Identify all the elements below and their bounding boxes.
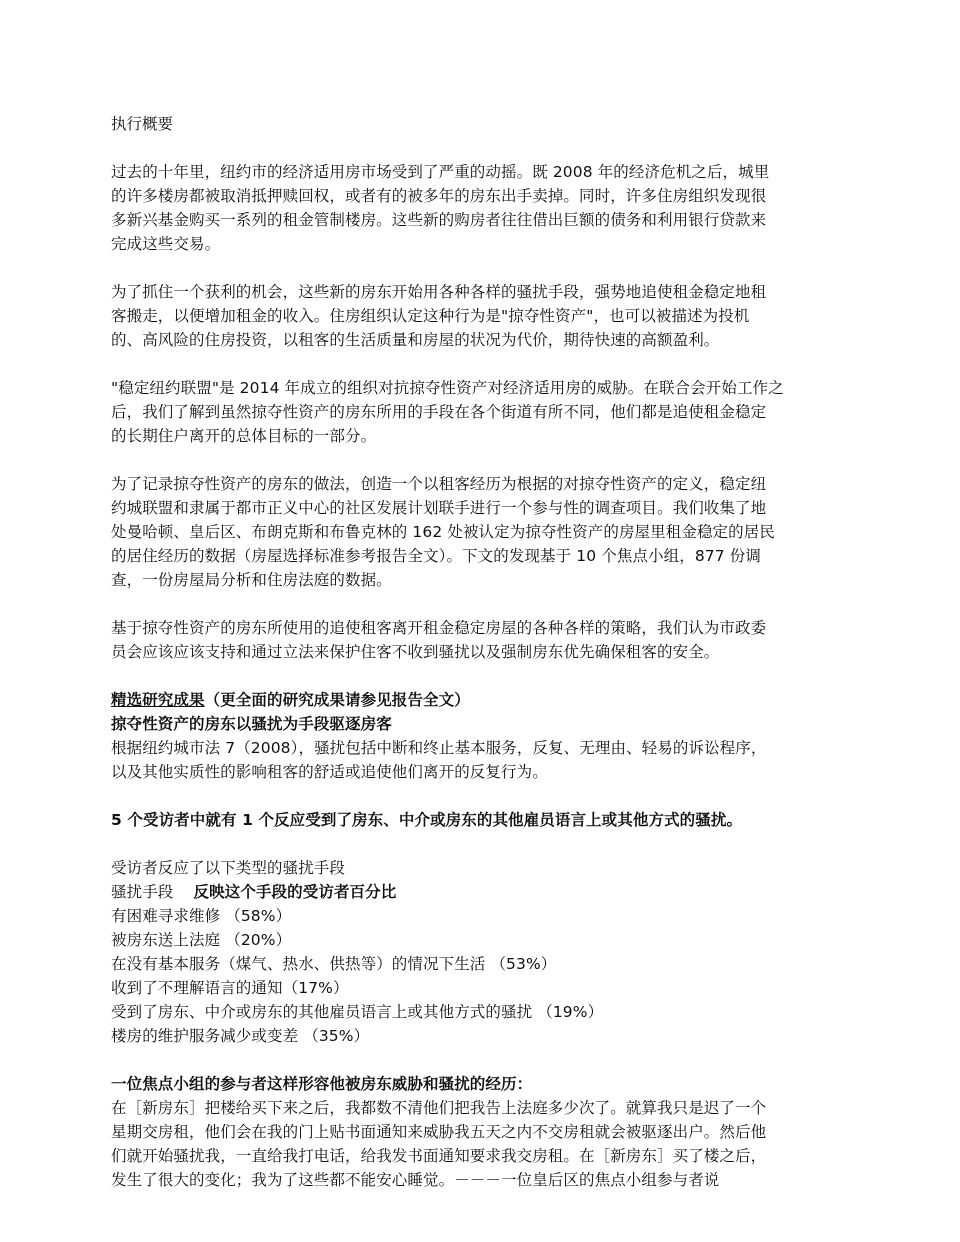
text-line: 客搬走，以便增加租金的收入。住房组织认定这种行为是"掠夺性资产"，也可以被描述为… bbox=[111, 304, 851, 328]
tactic-percent: （53%） bbox=[490, 955, 556, 973]
paragraph-coalition: "稳定纽约联盟"是 2014 年成立的组织对抗掠夺性资产对经济适用房的威胁。在联… bbox=[111, 376, 851, 448]
spacer bbox=[111, 664, 851, 688]
list-item: 收到了不理解语言的通知（17%） bbox=[111, 976, 851, 1000]
text-line: 为了记录掠夺性资产的房东的做法，创造一个以租客经历为根据的对掠夺性资产的定义，稳… bbox=[111, 472, 851, 496]
findings-title: 精选研究成果（更全面的研究成果请参见报告全文） bbox=[111, 688, 851, 712]
spacer bbox=[111, 832, 851, 856]
list-item: 被房东送上法庭 （20%） bbox=[111, 928, 851, 952]
text-line: 的、高风险的住房投资，以租客的生活质量和房屋的状况为代价，期待快速的高额盈利。 bbox=[111, 328, 851, 352]
text-line: 完成这些交易。 bbox=[111, 232, 851, 256]
text-line: 员会应该应该支持和通过立法来保护住客不收到骚扰以及强制房东优先确保租客的安全。 bbox=[111, 640, 851, 664]
tactic-label: 楼房的维护服务减少或变差 bbox=[111, 1027, 298, 1045]
text-line: 基于掠夺性资产的房东所使用的追使租客离开租金稳定房屋的各种各样的策略，我们认为市… bbox=[111, 616, 851, 640]
tactic-percent: （19%） bbox=[537, 1003, 603, 1021]
spacer bbox=[111, 352, 851, 376]
list-item: 受到了房东、中介或房东的其他雇员语言上或其他方式的骚扰 （19%） bbox=[111, 1000, 851, 1024]
tactics-header-col2: 反映这个手段的受访者百分比 bbox=[194, 883, 397, 901]
paragraph-recommendation: 基于掠夺性资产的房东所使用的追使租客离开租金稳定房屋的各种各样的策略，我们认为市… bbox=[111, 616, 851, 664]
text-line: 在［新房东］把楼给买下来之后，我都数不清他们把我告上法庭多少次了。就算我只是迟了… bbox=[111, 1096, 851, 1120]
text-line: 以及其他实质性的影响租客的舒适或追使他们离开的反复行为。 bbox=[111, 760, 851, 784]
quote-heading: 一位焦点小组的参与者这样形容他被房东威胁和骚扰的经历： bbox=[111, 1072, 851, 1096]
text-line: 过去的十年里，纽约市的经济适用房市场受到了严重的动摇。既 2008 年的经济危机… bbox=[111, 160, 851, 184]
text-line: 多新兴基金购买一系列的租金管制楼房。这些新的购房者往往借出巨额的债务和利用银行贷… bbox=[111, 208, 851, 232]
text-line: 星期交房租，他们会在我的门上贴书面通知来威胁我五天之内不交房租就会被驱逐出户。然… bbox=[111, 1120, 851, 1144]
list-item: 楼房的维护服务减少或变差 （35%） bbox=[111, 1024, 851, 1048]
spacer bbox=[111, 256, 851, 280]
list-item: 有困难寻求维修 （58%） bbox=[111, 904, 851, 928]
tactics-list: 受访者反应了以下类型的骚扰手段 骚扰手段 反映这个手段的受访者百分比 有困难寻求… bbox=[111, 856, 851, 1048]
tactics-header-col1: 骚扰手段 bbox=[111, 883, 173, 901]
tactic-label: 被房东送上法庭 bbox=[111, 931, 220, 949]
findings-title-underlined: 精选研究成果 bbox=[111, 691, 205, 709]
tactic-label: 受到了房东、中介或房东的其他雇员语言上或其他方式的骚扰 bbox=[111, 1003, 532, 1021]
spacer bbox=[111, 1048, 851, 1072]
text-line: 的长期住户离开的总体目标的一部分。 bbox=[111, 424, 851, 448]
tactics-header: 骚扰手段 反映这个手段的受访者百分比 bbox=[111, 880, 851, 904]
key-statistic: 5 个受访者中就有 1 个反应受到了房东、中介或房东的其他雇员语言上或其他方式的… bbox=[111, 808, 851, 832]
text-line: "稳定纽约联盟"是 2014 年成立的组织对抗掠夺性资产对经济适用房的威胁。在联… bbox=[111, 376, 851, 400]
spacer bbox=[111, 136, 851, 160]
text-line: 们就开始骚扰我，一直给我打电话，给我发书面通知要求我交房租。在［新房东］买了楼之… bbox=[111, 1144, 851, 1168]
paragraph-predatory-equity: 为了抓住一个获利的机会，这些新的房东开始用各种各样的骚扰手段，强势地追使租金稳定… bbox=[111, 280, 851, 352]
paragraph-methodology: 为了记录掠夺性资产的房东的做法，创造一个以租客经历为根据的对掠夺性资产的定义，稳… bbox=[111, 472, 851, 592]
tactic-percent: （35%） bbox=[303, 1027, 369, 1045]
document-page: 执行概要 过去的十年里，纽约市的经济适用房市场受到了严重的动摇。既 2008 年… bbox=[111, 112, 851, 1192]
text-line: 约城联盟和隶属于都市正义中心的社区发展计划联手进行一个参与性的调查项目。我们收集… bbox=[111, 496, 851, 520]
tactic-percent: （58%） bbox=[225, 907, 291, 925]
findings-section: 精选研究成果（更全面的研究成果请参见报告全文） 掠夺性资产的房东以骚扰为手段驱逐… bbox=[111, 688, 851, 784]
text-line: 发生了很大的变化；我为了这些都不能安心睡觉。－－－一位皇后区的焦点小组参与者说 bbox=[111, 1168, 851, 1192]
text-line: 为了抓住一个获利的机会，这些新的房东开始用各种各样的骚扰手段，强势地追使租金稳定… bbox=[111, 280, 851, 304]
tactic-label: 在没有基本服务（煤气、热水、供热等）的情况下生活 bbox=[111, 955, 485, 973]
findings-title-note: （更全面的研究成果请参见报告全文） bbox=[205, 691, 470, 709]
spacer bbox=[111, 448, 851, 472]
text-line: 处曼哈顿、皇后区、布朗克斯和布鲁克林的 162 处被认定为掠夺性资产的房屋里租金… bbox=[111, 520, 851, 544]
tactic-percent: （20%） bbox=[225, 931, 291, 949]
text-line: 的许多楼房都被取消抵押赎回权，或者有的被多年的房东出手卖掉。同时，许多住房组织发… bbox=[111, 184, 851, 208]
tactic-label: 收到了不理解语言的通知 bbox=[111, 979, 283, 997]
list-item: 在没有基本服务（煤气、热水、供热等）的情况下生活 （53%） bbox=[111, 952, 851, 976]
paragraph-intro: 过去的十年里，纽约市的经济适用房市场受到了严重的动摇。既 2008 年的经济危机… bbox=[111, 160, 851, 256]
text-line: 查，一份房屋局分析和住房法庭的数据。 bbox=[111, 568, 851, 592]
spacer bbox=[111, 592, 851, 616]
spacer bbox=[111, 784, 851, 808]
tactic-percent: （17%） bbox=[283, 979, 349, 997]
findings-subtitle: 掠夺性资产的房东以骚扰为手段驱逐房客 bbox=[111, 712, 851, 736]
tactic-label: 有困难寻求维修 bbox=[111, 907, 220, 925]
text-line: 根据纽约城市法 7（2008），骚扰包括中断和终止基本服务，反复、无理由、轻易的… bbox=[111, 736, 851, 760]
text-line: 后，我们了解到虽然掠夺性资产的房东所用的手段在各个街道有所不同，他们都是追使租金… bbox=[111, 400, 851, 424]
participant-quote: 一位焦点小组的参与者这样形容他被房东威胁和骚扰的经历： 在［新房东］把楼给买下来… bbox=[111, 1072, 851, 1192]
tactics-intro: 受访者反应了以下类型的骚扰手段 bbox=[111, 856, 851, 880]
text-line: 的居住经历的数据（房屋选择标准参考报告全文）。下文的发现基于 10 个焦点小组，… bbox=[111, 544, 851, 568]
page-title: 执行概要 bbox=[111, 112, 851, 136]
